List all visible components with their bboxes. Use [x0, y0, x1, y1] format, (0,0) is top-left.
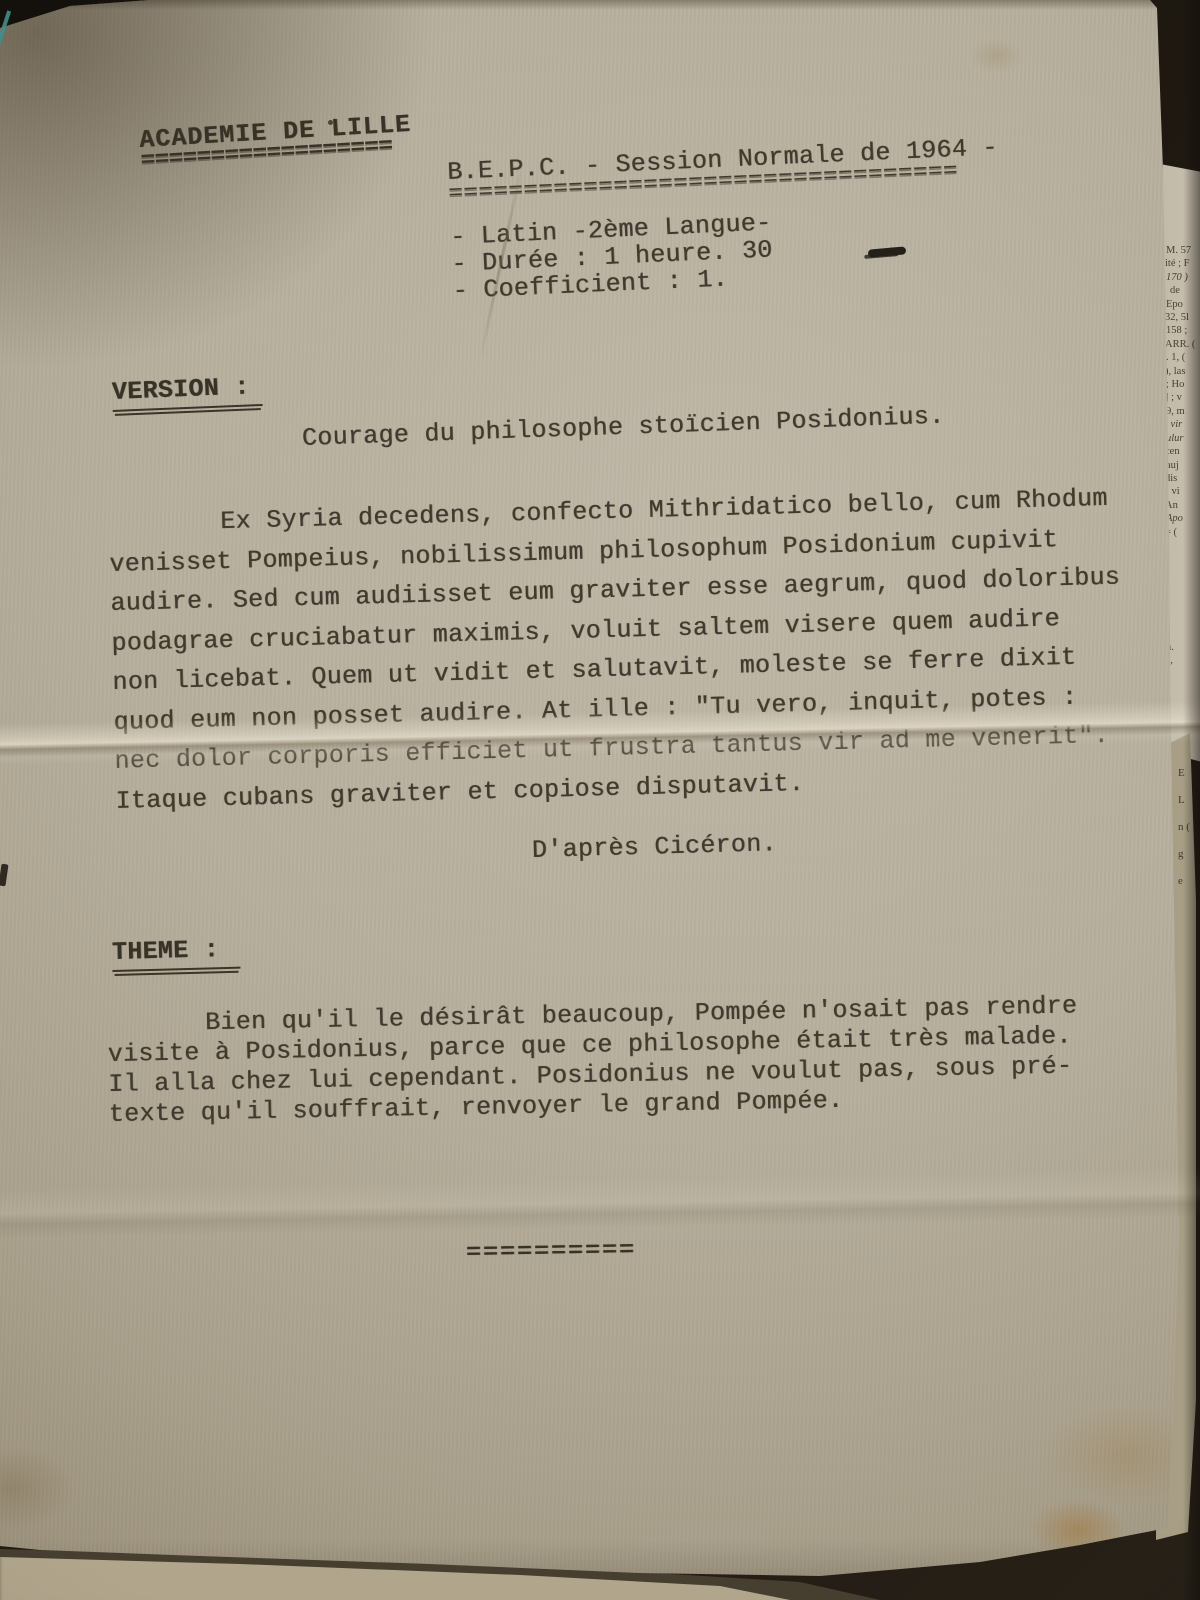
exam-heading-block: B.E.P.C. - Session Normale de 1964 - ===…: [447, 133, 1004, 305]
theme-heading: THEME :: [112, 935, 220, 967]
version-heading-block: VERSION :: [111, 372, 250, 407]
right-edge-shadow: [1183, 0, 1200, 1600]
photo-of-exam-paper: M. 57 ité ; F 170 ) de Epo 32, 5l 158 ; …: [0, 0, 1200, 1600]
version-text: Ex Syria decedens, confecto Mithridatico…: [108, 479, 1126, 821]
version-heading: VERSION :: [111, 372, 250, 407]
end-separator: ==========: [466, 1237, 636, 1265]
stray-dot-mark: [328, 120, 333, 125]
theme-heading-block: THEME :: [112, 935, 220, 967]
theme-text: Bien qu'il le désirât beaucoup, Pompée n…: [107, 991, 1079, 1130]
